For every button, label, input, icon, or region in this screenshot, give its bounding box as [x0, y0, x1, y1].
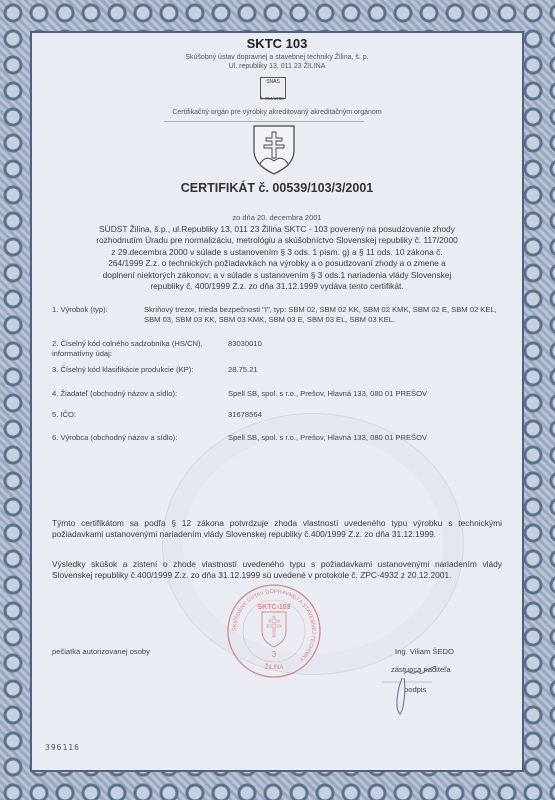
intro-line: rozhodnutím Úradu pre normalizáciu, metr…: [32, 235, 522, 246]
certificate-date: zo dňa 20. decembra 2001: [32, 213, 522, 222]
item-label: 2. Číselný kód colného sadzobníka (HS/CN…: [52, 339, 232, 359]
item-value: Spell SB, spol. s r.o., Prešov, Hlavná 1…: [228, 433, 508, 443]
item-value: 31678564: [228, 410, 508, 420]
intro-line: SÚDST Žilina, š.p., ul.Republiky 13, 011…: [32, 224, 522, 235]
intro-line: 264/1999 Z.z. o technických požiadavkách…: [32, 258, 522, 269]
svg-text:3: 3: [272, 650, 277, 659]
official-stamp: SKÚŠOBNÝ ÚSTAV DOPRAVNEJ A STAVEBNEJ TEC…: [224, 581, 324, 681]
intro-line: doplnení niektorých zákonov; a v súlade …: [32, 270, 522, 281]
intro-line: republiky č. 400/1999 Z.z. zo dňa 31.12.…: [32, 281, 522, 292]
item-value: 28.75.21: [228, 365, 508, 375]
svg-text:ŽILINA: ŽILINA: [265, 663, 284, 671]
header-divider: [164, 121, 364, 122]
accreditation-text: Certifikačný orgán pre výrobky akreditov…: [32, 109, 522, 116]
certificate-paper: SKTC 103 Skúšobný ústav dopravnej a stav…: [32, 33, 522, 770]
item-label: 4. Žiadateľ (obchodný názov a sídlo):: [52, 389, 232, 399]
item-value: Skriňový trezor, trieda bezpečnosti "I",…: [144, 305, 504, 325]
certificate-intro: SÚDST Žilina, š.p., ul.Republiky 13, 011…: [32, 224, 522, 292]
serial-number: 396116: [45, 743, 80, 752]
statement-conformity: Týmto certifikátom sa podľa § 12 zákona …: [52, 518, 502, 539]
handwritten-signature: [372, 638, 442, 718]
snas-number: č. 054/1998: [258, 96, 286, 101]
item-value: Spell SB, spol. s r.o., Prešov, Hlavná 1…: [228, 389, 508, 399]
certificate-title: CERTIFIKÁT č. 00539/103/3/2001: [32, 181, 522, 195]
institute-address: Ul. republiky 13, 011 23 ŽILINA: [32, 63, 522, 70]
item-label: 5. IČO:: [52, 410, 232, 420]
institute-name: Skúšobný ústav dopravnej a stavebnej tec…: [32, 54, 522, 61]
stamp-label: pečiatka autorizovanej osoby: [52, 647, 150, 656]
statement-results: Výsledky skúšok a zistení o zhode vlastn…: [52, 559, 502, 580]
header-code: SKTC 103: [32, 36, 522, 51]
item-label: 6. Výrobca (obchodný názov a sídlo):: [52, 433, 232, 443]
item-label: 3. Číselný kód klasifikácie produkcie (K…: [52, 365, 232, 375]
slovak-coat-of-arms-icon: [252, 124, 296, 176]
intro-line: z 29.decembra 2000 v súlade s ustanovení…: [32, 247, 522, 258]
item-value: 83030010: [228, 339, 508, 349]
item-label: 1. Výrobok (typ):: [52, 305, 142, 315]
svg-text:SKTC-103: SKTC-103: [257, 604, 290, 611]
